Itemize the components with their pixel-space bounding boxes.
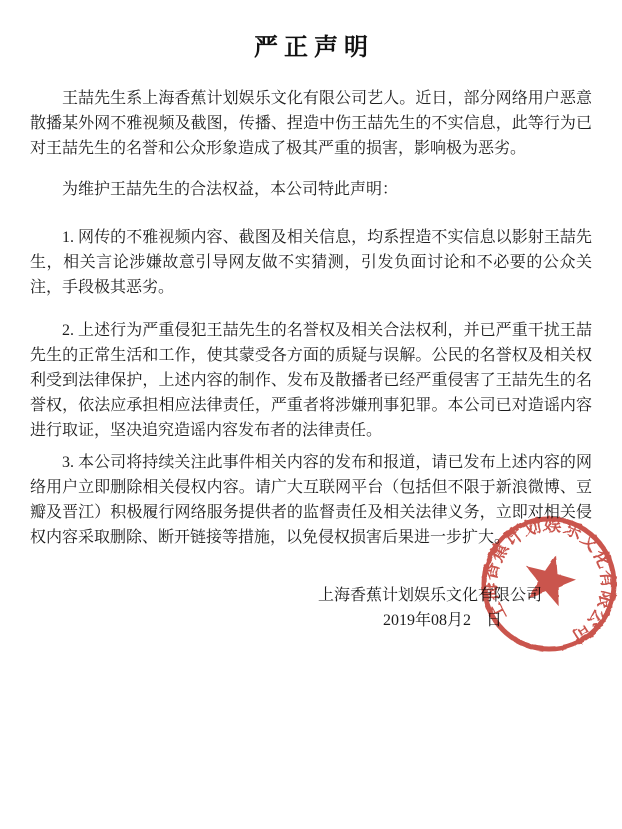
paragraph-intro: 王喆先生系上海香蕉计划娱乐文化有限公司艺人。近日，部分网络用户恶意散播某外网不雅…	[30, 86, 592, 161]
signature-block: 上海香蕉计划娱乐文化有限公司 2019年08月2日	[30, 583, 592, 633]
document-title: 严正声明	[30, 33, 592, 63]
statement-document: 严正声明 王喆先生系上海香蕉计划娱乐文化有限公司艺人。近日，部分网络用户恶意散播…	[0, 0, 622, 829]
statement-item-1: 1. 网传的不雅视频内容、截图及相关信息，均系捏造不实信息以影射王喆先生，相关言…	[30, 225, 592, 300]
paragraph-purpose: 为维护王喆先生的合法权益，本公司特此声明：	[30, 177, 592, 202]
signature-company-name: 上海香蕉计划娱乐文化有限公司	[30, 583, 592, 608]
signature-date-suffix: 日	[486, 612, 502, 629]
signature-date: 2019年08月2日	[30, 608, 592, 633]
signature-date-prefix: 2019年08月2	[383, 612, 471, 629]
statement-item-2: 2. 上述行为严重侵犯王喆先生的名誉权及相关合法权利，并已严重干扰王喆先生的正常…	[30, 318, 592, 443]
statement-item-3: 3. 本公司将持续关注此事件相关内容的发布和报道，请已发布上述内容的网络用户立即…	[30, 450, 592, 550]
